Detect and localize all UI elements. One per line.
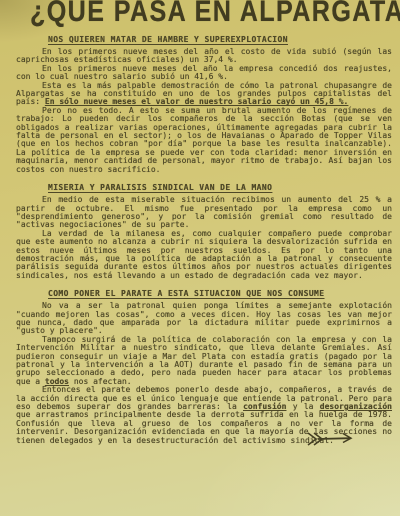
leaflet-page: ¿QUE PASA EN ALPARGATAS! NOS QUIEREN MAT… [0, 0, 400, 516]
leaflet-content: ¿QUE PASA EN ALPARGATAS! NOS QUIEREN MAT… [16, 0, 392, 445]
section-heading: COMO PONER EL PARATE A ESTA SITUACION QU… [48, 289, 392, 298]
section-heading: MISERIA Y PARALISIS SINDICAL VAN DE LA M… [48, 183, 392, 192]
page-title: ¿QUE PASA EN ALPARGATAS! [30, 0, 367, 28]
paragraph: La verdad de la milanesa es, como cualqu… [16, 230, 392, 280]
section-hambre: NOS QUIEREN MATAR DE HAMBRE Y SUPEREXPLO… [16, 35, 392, 174]
section-miseria: MISERIA Y PARALISIS SINDICAL VAN DE LA M… [16, 183, 392, 280]
paragraph: Esta es la más palpable demostración de … [16, 82, 392, 107]
paragraph: No va a ser la patronal quien ponga lími… [16, 302, 392, 336]
paragraph: Pero no es todo. A esto se suma un bruta… [16, 107, 392, 174]
long-right-arrow-icon [306, 430, 354, 448]
paragraph: En los primeros nueve meses del año la e… [16, 65, 392, 82]
section-parate: COMO PONER EL PARATE A ESTA SITUACION QU… [16, 289, 392, 445]
section-heading: NOS QUIEREN MATAR DE HAMBRE Y SUPEREXPLO… [48, 35, 392, 44]
paragraph: Tampoco surgirá de la política de colabo… [16, 336, 392, 386]
paragraph: En los primeros nueve meses del año el c… [16, 48, 392, 65]
paragraph: En medio de esta miserable situación rec… [16, 196, 392, 230]
